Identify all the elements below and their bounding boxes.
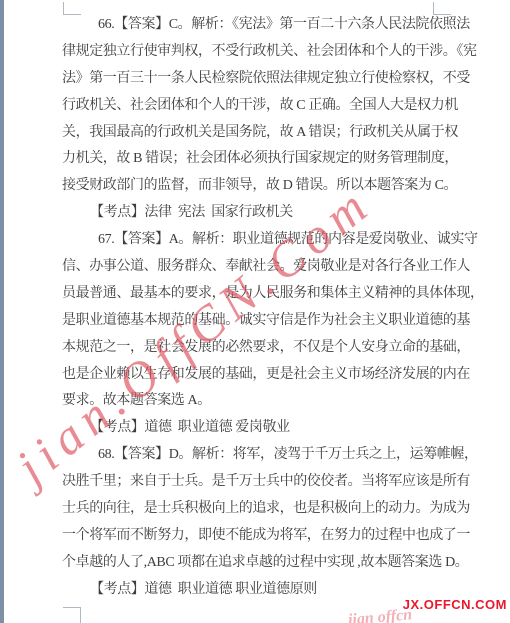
text-line: 法》第一百三十一条人民检察院依照法律规定独立行使检察权，不受: [62, 66, 454, 93]
text-line: 67.【答案】A。解析：职业道德规范的内容是爱岗敬业、诚实守: [62, 227, 454, 254]
text-line: 员最普通、最基本的要求，是为人民服务和集体主义精神的具体体现，: [62, 281, 454, 308]
text-line: 接受财政部门的监督，而非领导，故 D 错误。所以本题答案为 C。: [62, 173, 454, 200]
text-line: 66.【答案】C。解析：《宪法》第一百二十六条人民法院依照法: [62, 12, 454, 39]
text-line: 【考点】法律 宪法 国家行政机关: [62, 200, 454, 227]
answer-explanations-text: 66.【答案】C。解析：《宪法》第一百二十六条人民法院依照法律规定独立行使审判权…: [62, 12, 454, 604]
text-line: 是职业道德基本规范的基础。诚实守信是作为社会主义职业道德的基: [62, 308, 454, 335]
text-line: 关，我国最高的行政机关是国务院，故 A 错误；行政机关从属于权: [62, 120, 454, 147]
text-line: 决胜千里；来自于士兵。是千万士兵中的佼佼者。当将军应该是所有: [62, 469, 454, 496]
text-boundary-mark-bottom-left: [63, 607, 81, 623]
text-line: 68.【答案】D。解析：将军，凌驾于千万士兵之上，运筹帷幄，: [62, 442, 454, 469]
text-line: 本规范之一，是社会发展的必然要求，不仅是个人安身立命的基础，: [62, 335, 454, 362]
text-line: 个卓越的人了,ABC 项都在追求卓越的过程中实现 ,故本题答案选 D。: [62, 550, 454, 577]
text-line: 律规定独立行使审判权，不受行政机关、社会团体和个人的干涉。《宪: [62, 39, 454, 66]
text-line: 力机关，故 B 错误；社会团体必须执行国家规定的财务管理制度，: [62, 146, 454, 173]
text-line: 【考点】道德 职业道德 爱岗敬业: [62, 415, 454, 442]
text-line: 行政机关、社会团体和个人的干涉，故 C 正确。全国人大是权力机: [62, 93, 454, 120]
text-line: 信、办事公道、服务群众、奉献社会。爱岗敬业是对各行各业工作人: [62, 254, 454, 281]
text-line: 士兵的向往，是士兵积极向上的追求，也是积极向上的动力。为成为: [62, 496, 454, 523]
site-url-watermark: JX.OFFCN.COM: [403, 597, 507, 612]
left-margin-bar: [0, 0, 4, 623]
text-line: 也是企业赖以生存和发展的基础，更是社会主义市场经济发展的内在: [62, 362, 454, 389]
text-line: 一个将军而不断努力，即使不能成为将军，在努力的过程中也成了一: [62, 523, 454, 550]
text-line: 要求。故本题答案选 A。: [62, 388, 454, 415]
text-line: 【考点】道德 职业道德 职业道德原则: [62, 577, 454, 604]
